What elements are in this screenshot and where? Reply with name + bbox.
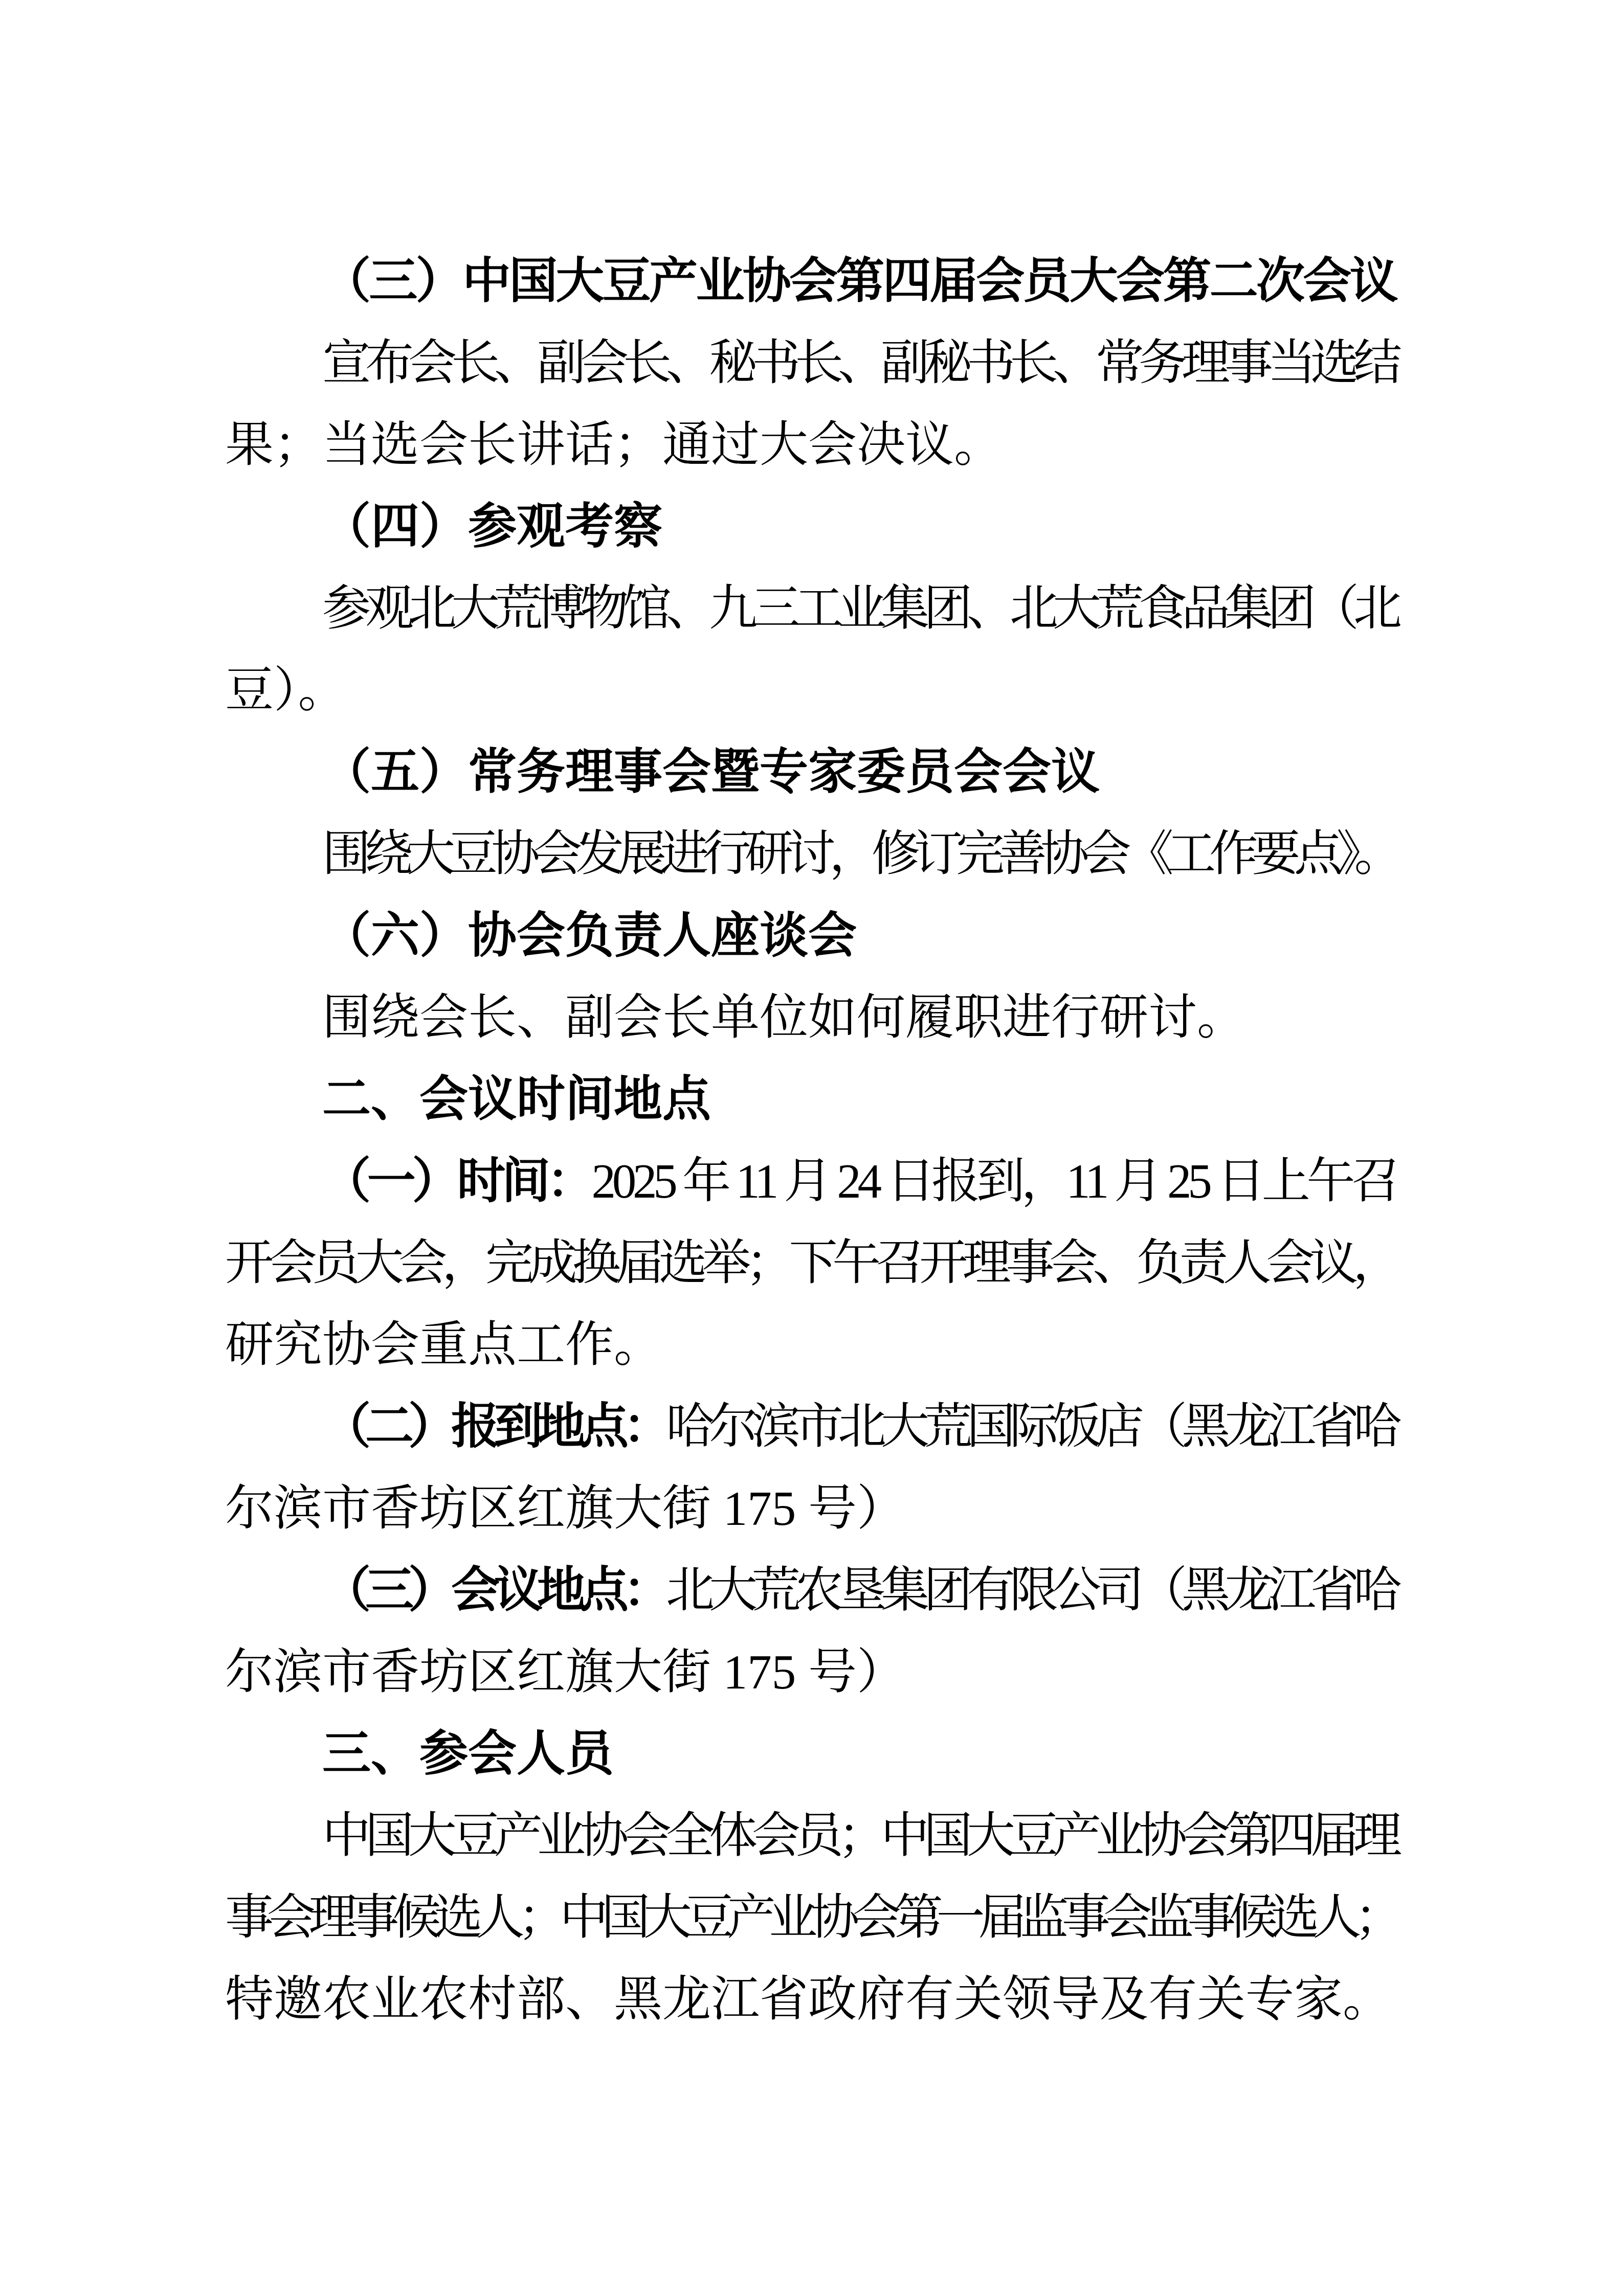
subheading-line: （四）参观考察 — [225, 486, 1396, 568]
line-text: 宣布会长、副会长、秘书长、副秘书长、常务理事当选结 — [322, 322, 1396, 404]
subheading-line: （三）中国大豆产业协会第四届会员大会第二次会议 — [225, 240, 1396, 322]
text-segment: 2025 年 11 月 24 日报到，11 月 25 日上午召 — [592, 1154, 1397, 1208]
line-text: 开会员大会，完成换届选举；下午召开理事会、负责人会议， — [225, 1222, 1396, 1304]
line-text: 中国大豆产业协会全体会员；中国大豆产业协会第四届理 — [322, 1795, 1396, 1877]
text-segment: 尔滨市香坊区红旗大街 175 号） — [225, 1645, 905, 1699]
line-text: （三）中国大豆产业协会第四届会员大会第二次会议 — [322, 240, 1396, 322]
text-segment: 事会理事候选人；中国大豆产业协会第一届监事会监事候选人； — [225, 1890, 1396, 1945]
body-text-line: （三）会议地点：北大荒农垦集团有限公司（黑龙江省哈 — [225, 1549, 1396, 1631]
section-heading-line: 三、参会人员 — [225, 1713, 1396, 1795]
text-segment: 哈尔滨市北大荒国际饭店（黑龙江省哈 — [666, 1400, 1396, 1454]
body-text-line: 果；当选会长讲话；通过大会决议。 — [225, 404, 1396, 486]
text-segment: 围绕会长、副会长单位如何履职进行研讨。 — [322, 991, 1245, 1045]
text-segment: 北大荒农垦集团有限公司（黑龙江省哈 — [666, 1563, 1396, 1617]
line-text: 围绕会长、副会长单位如何履职进行研讨。 — [322, 977, 1245, 1059]
section-heading-line: 二、会议时间地点 — [225, 1059, 1396, 1140]
line-text: （三）会议地点：北大荒农垦集团有限公司（黑龙江省哈 — [322, 1549, 1396, 1631]
document-page: （三）中国大豆产业协会第四届会员大会第二次会议宣布会长、副会长、秘书长、副秘书长… — [0, 0, 1624, 2296]
body-text-line: 尔滨市香坊区红旗大街 175 号） — [225, 1631, 1396, 1713]
document-body: （三）中国大豆产业协会第四届会员大会第二次会议宣布会长、副会长、秘书长、副秘书长… — [225, 240, 1396, 2040]
bold-lead-in: （二）报到地点： — [322, 1400, 666, 1454]
text-segment: 三、参会人员 — [322, 1727, 614, 1781]
text-segment: 二、会议时间地点 — [322, 1072, 711, 1127]
body-text-line: （二）报到地点：哈尔滨市北大荒国际饭店（黑龙江省哈 — [225, 1386, 1396, 1468]
body-text-line: 宣布会长、副会长、秘书长、副秘书长、常务理事当选结 — [225, 322, 1396, 404]
subheading-line: （六）协会负责人座谈会 — [225, 895, 1396, 977]
line-text: （四）参观考察 — [322, 486, 662, 568]
body-text-line: 豆）。 — [225, 649, 1396, 731]
line-text: 参观北大荒博物馆、九三工业集团、北大荒食品集团（北 — [322, 568, 1396, 649]
line-text: 研究协会重点工作。 — [225, 1304, 662, 1386]
line-text: 三、参会人员 — [322, 1713, 614, 1795]
text-segment: 开会员大会，完成换届选举；下午召开理事会、负责人会议， — [225, 1236, 1396, 1290]
text-segment: 果；当选会长讲话；通过大会决议。 — [225, 418, 1003, 472]
line-text: 尔滨市香坊区红旗大街 175 号） — [225, 1468, 905, 1549]
line-text: 围绕大豆协会发展进行研讨，修订完善协会《工作要点》。 — [322, 813, 1396, 895]
body-text-line: 中国大豆产业协会全体会员；中国大豆产业协会第四届理 — [225, 1795, 1396, 1877]
line-text: 特邀农业农村部、黑龙江省政府有关领导及有关专家。 — [225, 1959, 1391, 2040]
body-text-line: 特邀农业农村部、黑龙江省政府有关领导及有关专家。 — [225, 1959, 1396, 2040]
text-segment: 特邀农业农村部、黑龙江省政府有关领导及有关专家。 — [225, 1972, 1391, 2027]
line-text: 事会理事候选人；中国大豆产业协会第一届监事会监事候选人； — [225, 1877, 1396, 1959]
text-segment: 研究协会重点工作。 — [225, 1318, 662, 1372]
text-segment: （五）常务理事会暨专家委员会会议 — [322, 745, 1100, 799]
line-text: （六）协会负责人座谈会 — [322, 895, 857, 977]
text-segment: 尔滨市香坊区红旗大街 175 号） — [225, 1481, 905, 1536]
text-segment: 围绕大豆协会发展进行研讨，修订完善协会《工作要点》。 — [322, 827, 1396, 881]
line-text: （二）报到地点：哈尔滨市北大荒国际饭店（黑龙江省哈 — [322, 1386, 1396, 1468]
line-text: 二、会议时间地点 — [322, 1059, 711, 1140]
body-text-line: 围绕会长、副会长单位如何履职进行研讨。 — [225, 977, 1396, 1059]
text-segment: （三）中国大豆产业协会第四届会员大会第二次会议 — [322, 254, 1396, 308]
text-segment: （六）协会负责人座谈会 — [322, 909, 857, 963]
line-text: 尔滨市香坊区红旗大街 175 号） — [225, 1631, 905, 1713]
text-segment: 宣布会长、副会长、秘书长、副秘书长、常务理事当选结 — [322, 336, 1396, 390]
body-text-line: 事会理事候选人；中国大豆产业协会第一届监事会监事候选人； — [225, 1877, 1396, 1959]
body-text-line: 尔滨市香坊区红旗大街 175 号） — [225, 1468, 1396, 1549]
body-text-line: 开会员大会，完成换届选举；下午召开理事会、负责人会议， — [225, 1222, 1396, 1304]
body-text-line: 研究协会重点工作。 — [225, 1304, 1396, 1386]
text-segment: 豆）。 — [225, 663, 347, 717]
text-segment: （四）参观考察 — [322, 500, 662, 554]
body-text-line: （一）时间：2025 年 11 月 24 日报到，11 月 25 日上午召 — [225, 1140, 1396, 1222]
bold-lead-in: （三）会议地点： — [322, 1563, 666, 1617]
text-segment: 中国大豆产业协会全体会员；中国大豆产业协会第四届理 — [322, 1809, 1396, 1863]
line-text: 豆）。 — [225, 649, 347, 731]
body-text-line: 围绕大豆协会发展进行研讨，修订完善协会《工作要点》。 — [225, 813, 1396, 895]
line-text: （一）时间：2025 年 11 月 24 日报到，11 月 25 日上午召 — [322, 1140, 1396, 1222]
subheading-line: （五）常务理事会暨专家委员会会议 — [225, 731, 1396, 813]
bold-lead-in: （一）时间： — [322, 1154, 592, 1208]
line-text: （五）常务理事会暨专家委员会会议 — [322, 731, 1100, 813]
text-segment: 参观北大荒博物馆、九三工业集团、北大荒食品集团（北 — [322, 581, 1396, 636]
line-text: 果；当选会长讲话；通过大会决议。 — [225, 404, 1003, 486]
body-text-line: 参观北大荒博物馆、九三工业集团、北大荒食品集团（北 — [225, 568, 1396, 649]
